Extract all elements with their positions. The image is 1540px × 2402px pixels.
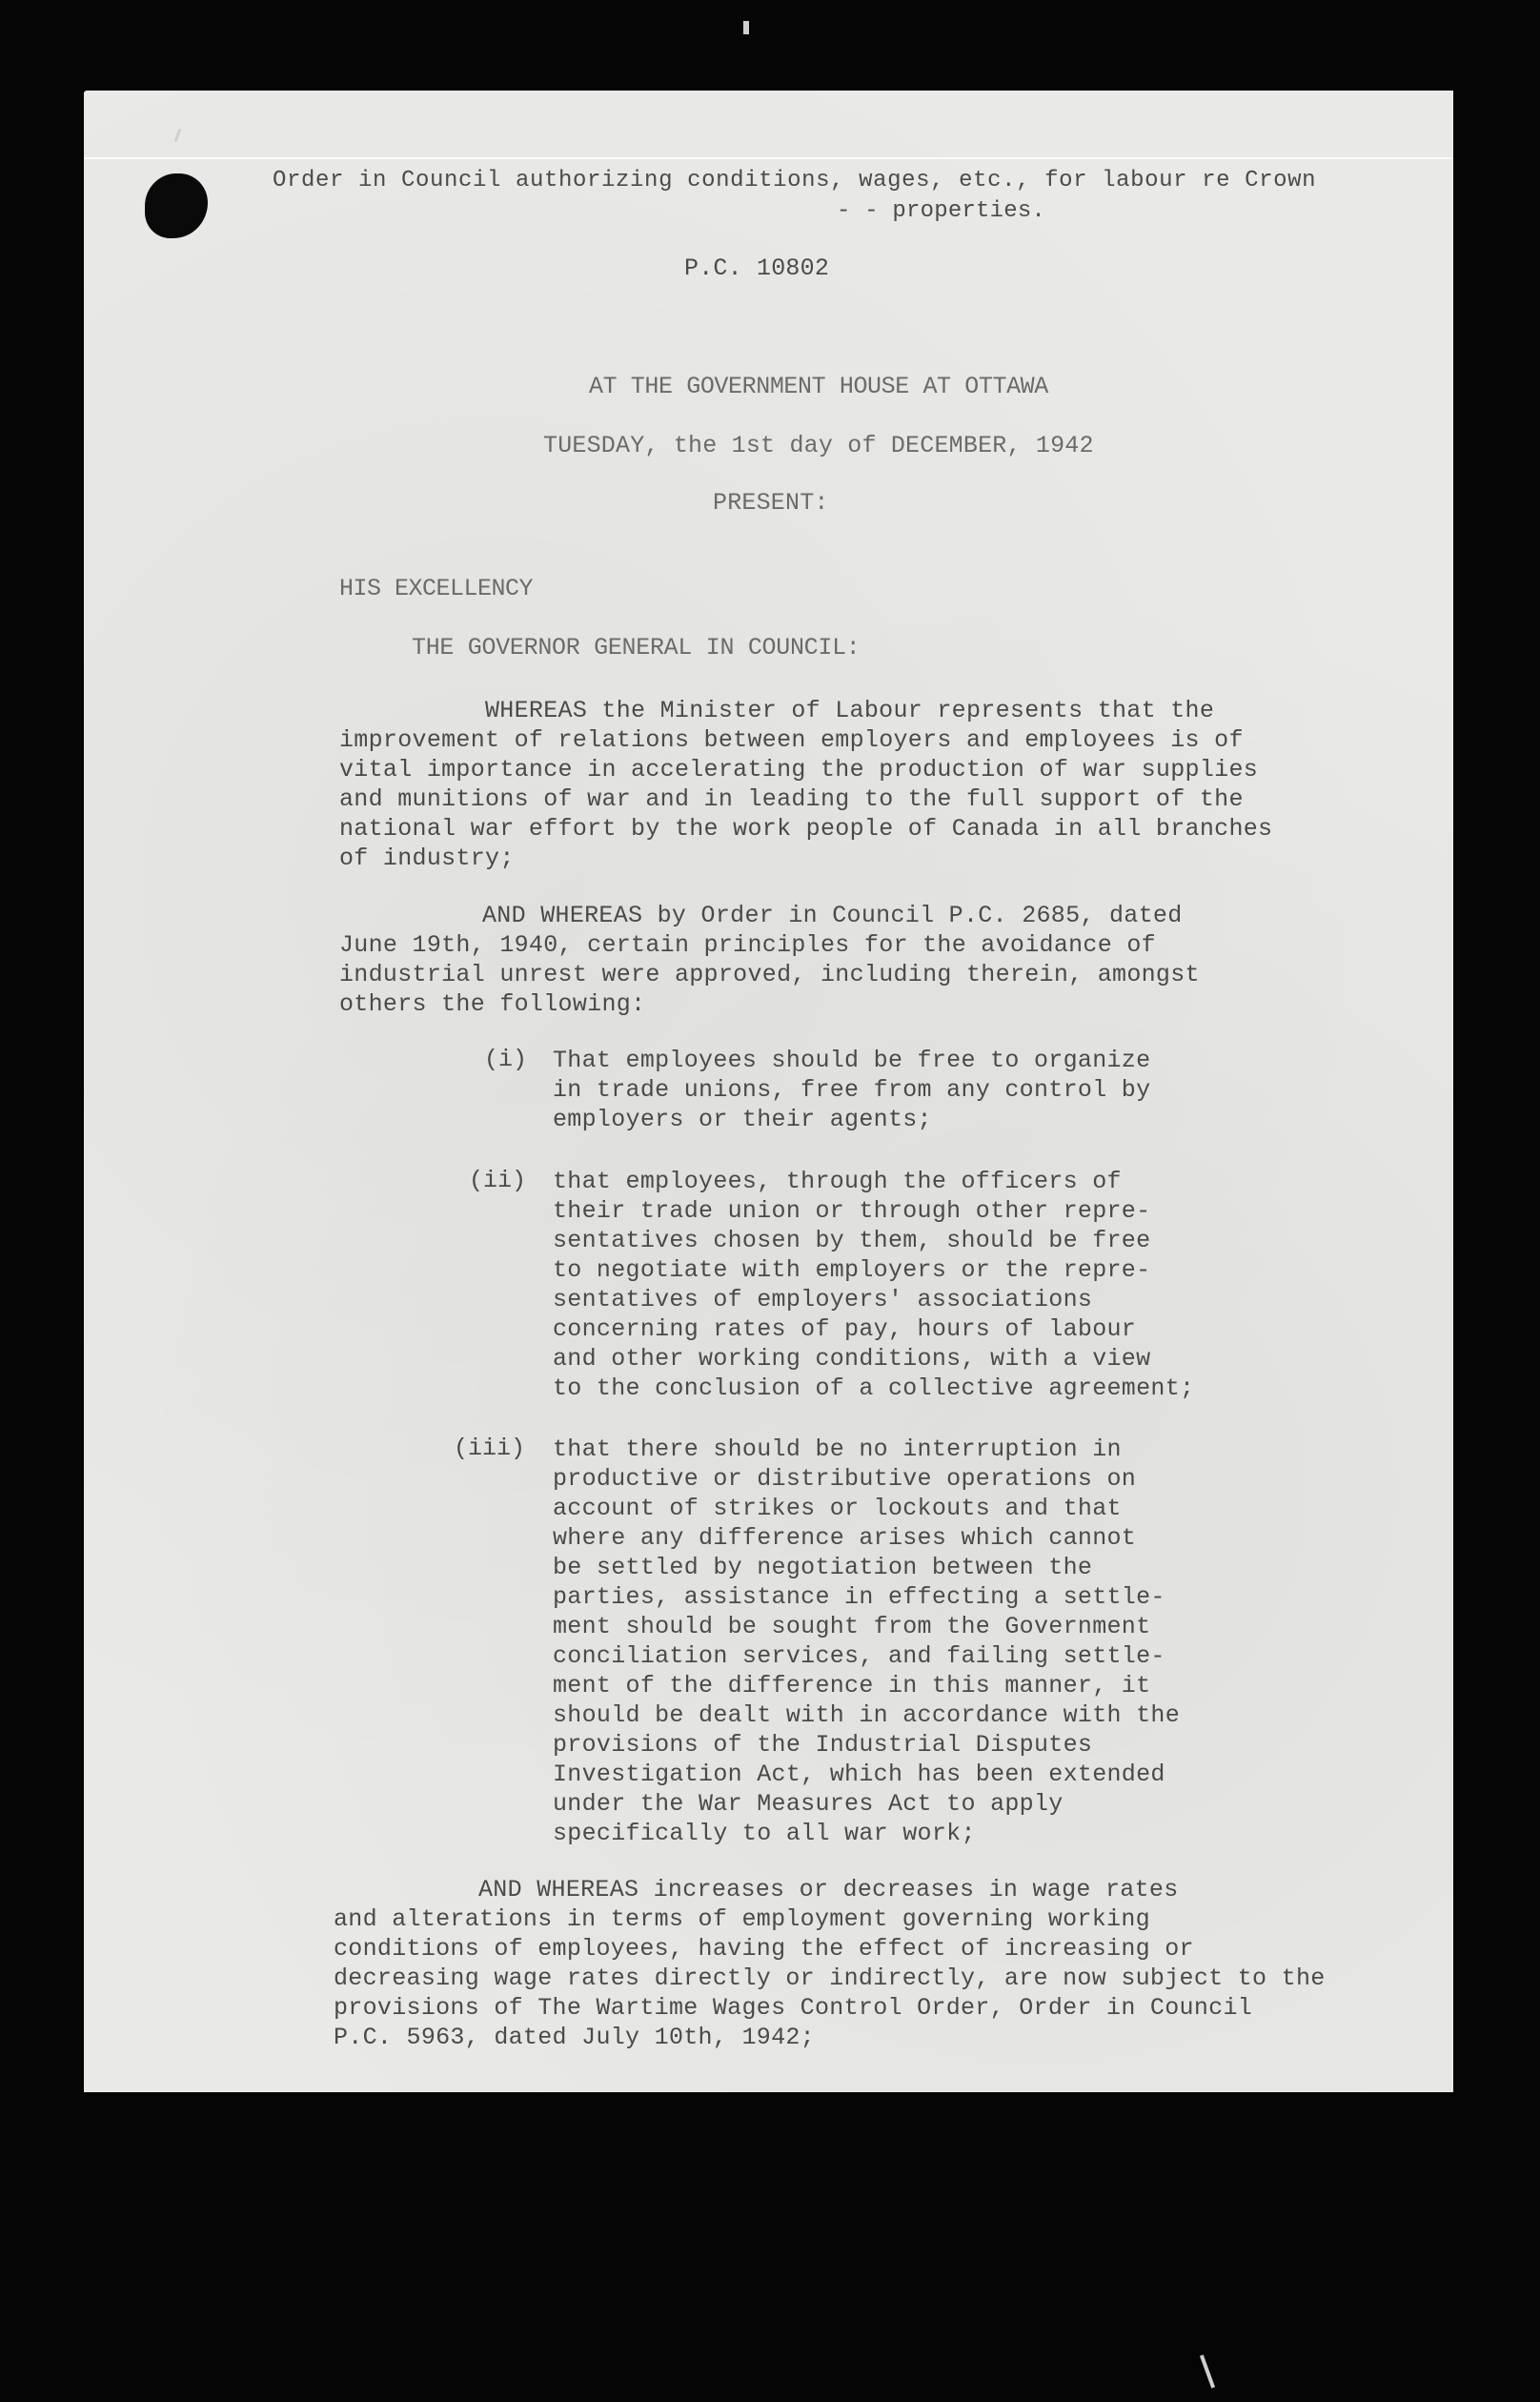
his-excellency: HIS EXCELLENCY [339,574,533,603]
principle-item-ii: that employees, through the officers of … [553,1167,1194,1403]
governor-general: THE GOVERNOR GENERAL IN COUNCIL: [412,633,860,662]
whereas-paragraph-1: WHEREAS the Minister of Labour represent… [339,696,1272,873]
date-heading: TUESDAY, the 1st day of DECEMBER, 1942 [543,431,1094,460]
pc-number: P.C. 10802 [684,254,829,283]
item-label-ii: (ii) [469,1167,526,1194]
whereas-paragraph-2: AND WHEREAS by Order in Council P.C. 268… [339,901,1200,1019]
location-heading: AT THE GOVERNMENT HOUSE AT OTTAWA [589,372,1048,401]
scratch-mark [743,21,749,34]
principle-item-i: That employees should be free to organiz… [553,1046,1150,1134]
principle-item-iii: that there should be no interruption in … [553,1435,1180,1848]
whereas-paragraph-3: AND WHEREAS increases or decreases in wa… [334,1875,1326,2052]
present-heading: PRESENT: [713,488,829,518]
scratch-mark [1200,2354,1215,2388]
item-label-iii: (iii) [454,1435,525,1462]
caption-line-2: - - properties. [837,196,1045,226]
paper-crease [84,157,1453,159]
item-label-i: (i) [484,1046,527,1073]
caption-line-1: Order in Council authorizing conditions,… [273,166,1316,195]
